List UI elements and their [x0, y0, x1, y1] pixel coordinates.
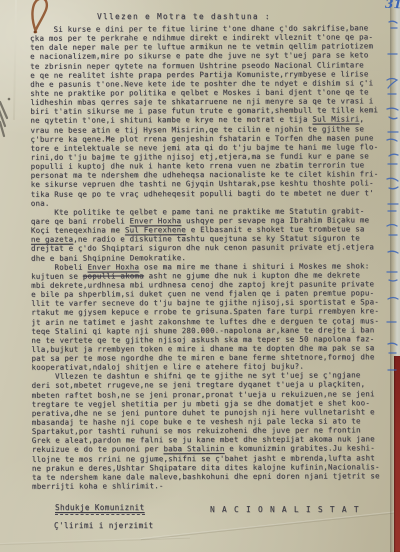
text-line: drejtat e ç'do Shqiptari siguron dhe nuk… [31, 243, 393, 254]
page-number-note: 31 [385, 0, 400, 11]
red-book-edge [394, 356, 400, 552]
document-title: Vllezen e Motra te dashtuna : [97, 12, 271, 21]
paper-crease [141, 510, 400, 540]
document-page: 31 Vllezen e Motra te dashtuna : Si kurs… [0, 0, 400, 552]
text-line: mberrijti koha e shlirimit.- [32, 480, 394, 491]
signature-slogan-1: Shdukje Komuniznit [55, 503, 145, 515]
text-line: ta te ndershem kane dale maleve,bashkohu… [32, 471, 394, 482]
paper-crease [0, 537, 190, 546]
signature-nationalists: N A C I O N A L I S T A T [210, 505, 360, 514]
paper-crease [13, 0, 17, 120]
body-lines: Si kurse e dini per te fitue lirine t'on… [30, 23, 394, 491]
ink-smudge [0, 96, 12, 146]
signature-slogan-2: Ç'lirimi i njerzimit [54, 521, 153, 530]
text-line: tika Ruse qe po te vraç udheheqesit popu… [31, 188, 393, 199]
